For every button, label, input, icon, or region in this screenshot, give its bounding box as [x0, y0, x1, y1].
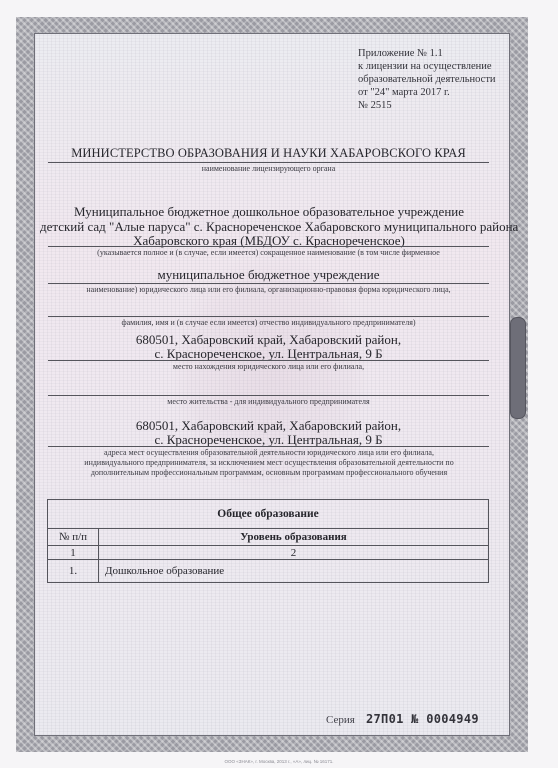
caption-line: дополнительным профессиональным программ…	[40, 468, 498, 478]
column-number-row: 1 2	[48, 546, 489, 560]
table-header-row: № п/п Уровень образования	[48, 529, 489, 546]
activity-address-line: с. Краснореченское, ул. Центральная, 9 Б	[48, 433, 489, 447]
appendix-line: Приложение № 1.1	[358, 47, 496, 60]
licensing-body: МИНИСТЕРСТВО ОБРАЗОВАНИЯ И НАУКИ ХАБАРОВ…	[48, 146, 489, 161]
table-row: 1. Дошкольное образование	[48, 560, 489, 583]
caption-line: индивидуального предпринимателя, за искл…	[40, 458, 498, 468]
row-number: 1.	[48, 560, 99, 583]
appendix-line: № 2515	[358, 99, 496, 112]
divider	[48, 360, 489, 361]
appendix-line: к лицензии на осуществление	[358, 60, 496, 73]
series-number: 27П01 № 0004949	[366, 712, 479, 726]
activity-address: 680501, Хабаровский край, Хабаровский ра…	[48, 419, 489, 447]
table-title: Общее образование	[48, 500, 489, 529]
appendix-line: образовательной деятельности	[358, 73, 496, 86]
entrepreneur-caption: фамилия, имя и (в случае если имеется) о…	[48, 318, 489, 327]
organization-name: Муниципальное бюджетное дошкольное образ…	[40, 205, 498, 249]
divider	[48, 446, 489, 447]
organization-name-line: Муниципальное бюджетное дошкольное образ…	[40, 205, 498, 220]
row-level: Дошкольное образование	[99, 560, 489, 583]
legal-address-line: с. Краснореченское, ул. Центральная, 9 Б	[48, 347, 489, 361]
legal-form: муниципальное бюджетное учреждение	[48, 267, 489, 283]
column-number: 2	[99, 546, 489, 560]
divider	[48, 283, 489, 284]
legal-address: 680501, Хабаровский край, Хабаровский ра…	[48, 333, 489, 360]
residence-caption: место жительства - для индивидуального п…	[48, 397, 489, 406]
organization-name-caption: (указывается полное и (в случае, если им…	[48, 248, 489, 257]
legal-address-line: 680501, Хабаровский край, Хабаровский ра…	[48, 333, 489, 347]
divider	[48, 395, 489, 396]
column-number: 1	[48, 546, 99, 560]
organization-name-line: детский сад "Алые паруса" с. Красноречен…	[40, 220, 498, 235]
activity-address-caption: адреса мест осуществления образовательно…	[40, 448, 498, 478]
divider	[48, 316, 489, 317]
activity-address-line: 680501, Хабаровский край, Хабаровский ра…	[48, 419, 489, 433]
legal-address-caption: место нахождения юридического лица или е…	[48, 362, 489, 371]
series-label: Серия	[326, 714, 355, 726]
divider	[48, 246, 489, 247]
legal-form-caption: наименование) юридического лица или его …	[48, 285, 489, 294]
column-header-number: № п/п	[48, 529, 99, 546]
table-title-row: Общее образование	[48, 500, 489, 529]
appendix-header: Приложение № 1.1 к лицензии на осуществл…	[358, 47, 496, 112]
printer-note: ООО «ЗНАК», г. Москва, 2013 г., «А», лиц…	[0, 759, 558, 764]
divider	[48, 162, 489, 163]
appendix-line: от "24" марта 2017 г.	[358, 86, 496, 99]
licensing-body-caption: наименование лицензирующего органа	[48, 164, 489, 173]
education-levels-table: Общее образование № п/п Уровень образова…	[47, 499, 489, 583]
column-header-level: Уровень образования	[99, 529, 489, 546]
side-ornament-icon	[510, 317, 526, 419]
caption-line: адреса мест осуществления образовательно…	[40, 448, 498, 458]
